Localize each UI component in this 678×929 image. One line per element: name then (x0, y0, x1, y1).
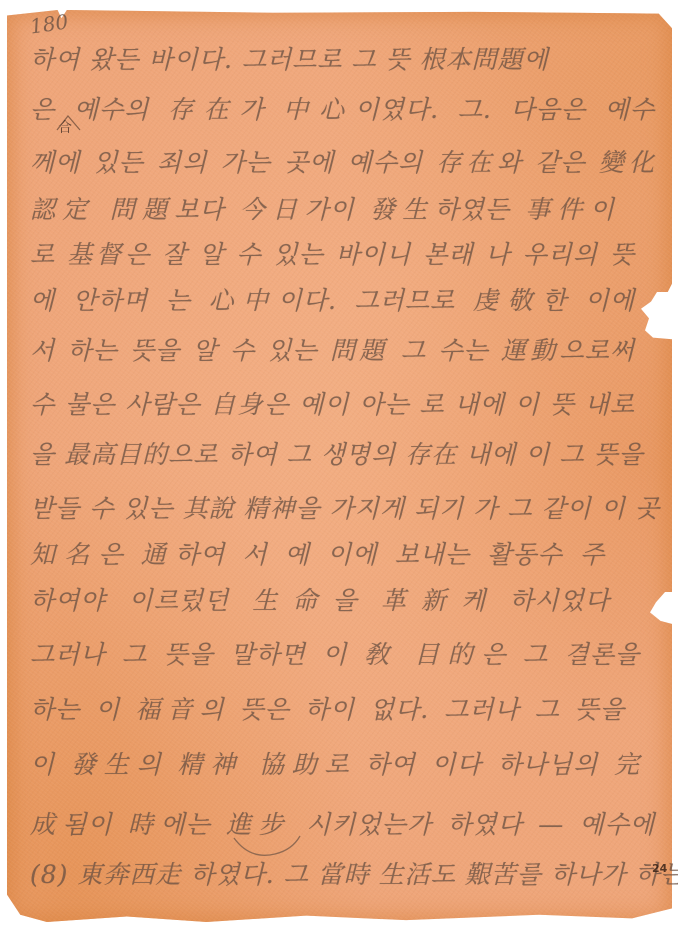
manuscript-line: 서 하는 뜻을 알 수 있는 問題 그 수는 運動으로써 (30, 334, 635, 368)
manuscript-line: 에 안하며 는 心中이다. 그러므로 虔敬한 이에 (30, 284, 635, 318)
manuscript-line: 받들 수 있는 其說 精神을 가지게 되기 가 그 같이 이 곳 (30, 492, 635, 526)
manuscript-line: 하는 이 福音의 뜻은 하이 없다. 그러나 그 뜻을 (30, 693, 625, 727)
manuscript-line: 이 發生의 精神 協助로 하여 이다 하나님의 完 (30, 748, 640, 782)
manuscript-line: 하여 왔든 바이다. 그러므로 그 뜻 根本問題에 (30, 43, 465, 77)
manuscript-line: 認定 問題보다 今日가이 發生하였든 事件이 (30, 193, 615, 227)
manuscript-line: 하여야 이르렀던 生命을 革新케 하시었다 (30, 584, 610, 618)
manuscript-line: 은 예수의 存在가 中心이였다. 그. 다음은 예수 (30, 93, 655, 127)
manuscript-line: 을 最高目的으로 하여 그 생명의 存在 내에 이 그 뜻을 (30, 438, 615, 472)
margin-note: 24 (652, 862, 667, 875)
manuscript-line: 成됨이 時에는 進步 시키었는가 하였다 — 예수에 (30, 808, 655, 842)
manuscript-line: 수 불은 사람은 自身은 예이 아는 로 내에 이 뜻 내로 (30, 388, 635, 422)
manuscript-line: 그러나 그 뜻을 말하면 이 敎 目的은 그 결론을 (30, 638, 640, 672)
manuscript-line: 께에 있든 죄의 가는 곳에 예수의 存在와 같은 變化 (30, 146, 655, 180)
manuscript-line: 로 基督은 잘 알 수 있는 바이니 본래 나 우리의 뜻 (30, 238, 635, 272)
manuscript-line: (8) 東奔西走 하였다. 그 當時 生活도 艱苦를 하나가 하는 말 없 (30, 858, 645, 892)
manuscript-line: 知名은 通하여 서 예 이에 보내는 활동수 주 (30, 538, 605, 572)
